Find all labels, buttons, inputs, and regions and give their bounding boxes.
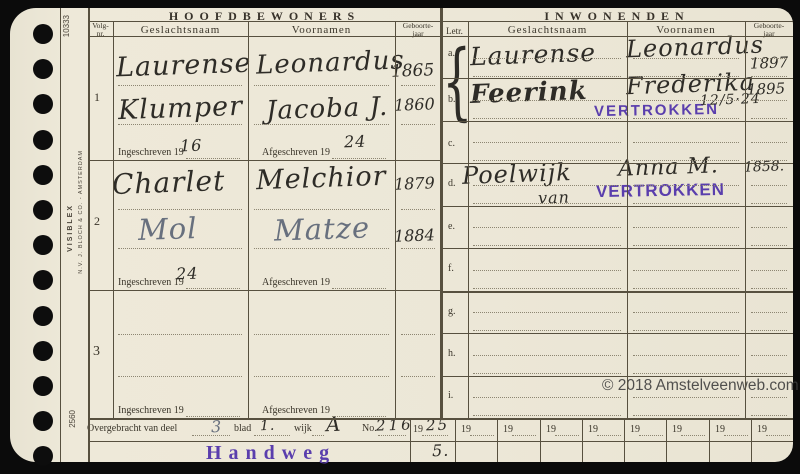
afgeschreven-label: Afgeschreven 19 (262, 277, 330, 288)
entry-surname: Mol (137, 211, 198, 247)
watermark: © 2018 Amstelveenweb.com (602, 377, 799, 395)
entry-surname: Feerink (470, 76, 589, 110)
dotted-line (254, 84, 389, 86)
row-letter-g: g. (448, 306, 456, 317)
punch-hole (33, 200, 53, 220)
dotted-line (118, 123, 242, 125)
rule-line (395, 21, 396, 418)
dotted-line (751, 226, 787, 228)
dotted-line (633, 184, 739, 186)
dotted-line (724, 434, 748, 436)
rule-line (441, 333, 793, 334)
dotted-line (633, 287, 739, 289)
dotted-line (633, 202, 739, 204)
dotted-line (473, 75, 621, 77)
row-letter-e: e. (448, 221, 455, 232)
form-number-bottom: 2560 (68, 410, 77, 428)
dotted-line (378, 434, 406, 436)
punch-hole (33, 94, 53, 114)
row-letter-d: d. (448, 178, 456, 189)
dotted-line (473, 287, 621, 289)
dotted-line (751, 354, 787, 356)
dotted-line (401, 375, 435, 377)
dotted-line (192, 434, 230, 436)
rule-line (88, 160, 441, 161)
rule-line (441, 121, 793, 122)
rule-line (582, 418, 583, 462)
ingeschreven-year-value: 24 (176, 264, 199, 284)
rule-line (441, 206, 793, 207)
house-number-value: 5. (432, 441, 450, 461)
row-number-2: 2 (94, 214, 100, 229)
dotted-line (254, 247, 389, 249)
rule-line (248, 21, 249, 418)
rule-line (88, 441, 793, 442)
rule-line (745, 21, 746, 418)
punch-hole (33, 270, 53, 290)
rule-line (88, 418, 793, 420)
rule-line (709, 418, 710, 462)
dotted-line (751, 99, 787, 101)
rule-line (540, 418, 541, 462)
punch-hole (33, 376, 53, 396)
row-letter-f: f. (448, 263, 454, 274)
register-card: 10333 VISIBLEX N.V. J. BLOCH & CO. - AMS… (10, 8, 793, 462)
punch-hole (33, 306, 53, 326)
rule-line (455, 418, 456, 462)
rule-line (751, 418, 752, 462)
punch-hole (33, 24, 53, 44)
rule-line (497, 418, 498, 462)
rule-line (113, 21, 114, 418)
dotted-line (681, 434, 705, 436)
dotted-line (751, 329, 787, 331)
blad-label: blad (234, 423, 251, 434)
dotted-line (473, 202, 621, 204)
dotted-line (751, 202, 787, 204)
dotted-line (751, 184, 787, 186)
entry-birthyear: 1884 (394, 225, 435, 245)
dotted-line (633, 75, 739, 77)
dotted-line (118, 247, 242, 249)
entry-firstnames: Leonardus (256, 45, 406, 80)
dotted-line (473, 159, 621, 161)
row-number-1: 1 (94, 90, 100, 105)
rule-line (88, 290, 441, 291)
punch-hole (33, 59, 53, 79)
dotted-line (751, 57, 787, 59)
punch-hole (33, 165, 53, 185)
entry-surname: Laurense (116, 48, 253, 84)
rule-line (624, 418, 625, 462)
col-header-surname-right: Geslachtsnaam (468, 24, 627, 36)
ingeschreven-label: Ingeschreven 19 (118, 147, 184, 158)
dotted-line (633, 244, 739, 246)
printer-brand: VISIBLEX (67, 204, 74, 252)
dotted-line (473, 311, 621, 313)
dotted-line (254, 208, 389, 210)
dotted-line (422, 434, 448, 436)
punch-hole (33, 446, 53, 466)
wijk-label: wijk (294, 423, 312, 434)
rule-line (60, 8, 61, 462)
row-letter-c: c. (448, 138, 455, 149)
dotted-line (751, 396, 787, 398)
dotted-line (633, 372, 739, 374)
rule-line (441, 248, 793, 249)
dotted-line (332, 157, 386, 159)
dotted-line (633, 311, 739, 313)
dotted-line (751, 141, 787, 143)
rule-line (88, 8, 90, 462)
dotted-line (473, 329, 621, 331)
dotted-line (473, 354, 621, 356)
dotted-line (332, 415, 386, 417)
rule-line (441, 78, 793, 79)
dotted-line (254, 123, 389, 125)
rule-line (468, 21, 469, 418)
entry-surname: Charlet (111, 164, 225, 201)
dotted-line (751, 75, 787, 77)
dotted-line (118, 333, 242, 335)
scanned-register-card-screenshot: { "margin": { "top_number": "10333", "bo… (0, 0, 800, 474)
dotted-line (254, 375, 389, 377)
col-header-surname-left: Geslachtsnaam (113, 24, 248, 36)
dotted-line (633, 414, 739, 416)
row-number-3: 3 (93, 344, 100, 360)
dotted-line (401, 208, 435, 210)
dotted-line (312, 434, 324, 436)
dotted-line (751, 311, 787, 313)
entry-birthyear: 1865 (391, 60, 435, 81)
ingeschreven-label: Ingeschreven 19 (118, 277, 184, 288)
punch-hole (33, 235, 53, 255)
dotted-line (633, 117, 739, 119)
dotted-line (186, 415, 240, 417)
dotted-line (751, 117, 787, 119)
printer-brand-sub: N.V. J. BLOCH & CO. - AMSTERDAM (78, 150, 84, 274)
dotted-line (751, 269, 787, 271)
blad-value: 1. (260, 418, 276, 435)
dotted-line (473, 226, 621, 228)
dotted-line (332, 287, 386, 289)
dotted-line (401, 123, 435, 125)
dotted-line (118, 84, 242, 86)
dotted-line (751, 287, 787, 289)
rule-line (666, 418, 667, 462)
entry-firstnames: Jacoba J. (266, 92, 389, 126)
rule-line (441, 163, 793, 164)
dotted-line (401, 84, 435, 86)
dotted-line (401, 247, 435, 249)
dotted-line (633, 99, 739, 101)
dotted-line (751, 159, 787, 161)
dotted-line (633, 354, 739, 356)
dotted-line (186, 287, 240, 289)
punch-hole (33, 411, 53, 431)
dotted-line (639, 434, 663, 436)
dotted-line (633, 226, 739, 228)
row-letter-h: h. (448, 348, 456, 359)
dotted-line (633, 329, 739, 331)
transfer-label: Overgebracht van deel (87, 423, 177, 434)
dotted-line (751, 372, 787, 374)
entry-surname: Laurense (470, 38, 597, 71)
dotted-line (751, 414, 787, 416)
dotted-line (254, 434, 290, 436)
entry-surname: Klumper (117, 91, 243, 126)
dotted-line (555, 434, 579, 436)
afgeschreven-label: Afgeschreven 19 (262, 147, 330, 158)
entry-firstnames: Melchior (255, 161, 387, 197)
dotted-line (633, 57, 739, 59)
dotted-line (633, 396, 739, 398)
dotted-line (473, 396, 621, 398)
row-letter-i: i. (448, 390, 453, 401)
rule-line (441, 291, 793, 293)
entry-firstnames: Matze (273, 210, 370, 247)
dotted-line (473, 414, 621, 416)
dotted-line (118, 208, 242, 210)
dotted-line (254, 333, 389, 335)
dotted-line (751, 244, 787, 246)
afgeschreven-label: Afgeschreven 19 (262, 405, 330, 416)
entry-birthyear: 1860 (394, 94, 435, 114)
dotted-line (512, 434, 536, 436)
dotted-line (470, 434, 494, 436)
street-name-stamp: Handweg (206, 442, 336, 465)
no-label: No. (362, 423, 377, 434)
rule-line (627, 21, 628, 418)
rule-line (440, 8, 443, 418)
rule-line (441, 376, 793, 377)
dotted-line (473, 244, 621, 246)
punch-hole (33, 341, 53, 361)
dotted-line (401, 333, 435, 335)
dotted-line (766, 434, 790, 436)
punch-hole (33, 130, 53, 150)
dotted-line (473, 372, 621, 374)
dotted-line (473, 184, 621, 186)
dotted-line (473, 117, 621, 119)
dotted-line (473, 269, 621, 271)
col-header-firstnames-left: Voornamen (248, 24, 395, 36)
dotted-line (118, 375, 242, 377)
dotted-line (633, 269, 739, 271)
rule-line (410, 418, 411, 462)
form-number-top: 10333 (62, 15, 71, 37)
entry-firstnames: Anna M. (618, 153, 720, 182)
entry-surname-prefix: van (538, 187, 571, 207)
entry-birthyear: 1879 (394, 173, 435, 193)
afgeschreven-year-value: 24 (344, 132, 367, 152)
dotted-line (473, 57, 621, 59)
dotted-line (473, 99, 621, 101)
dotted-line (597, 434, 621, 436)
dotted-line (473, 141, 621, 143)
ingeschreven-year-value: 16 (180, 136, 203, 156)
dotted-line (633, 141, 739, 143)
ingeschreven-label: Ingeschreven 19 (118, 405, 184, 416)
dotted-line (186, 157, 240, 159)
dotted-line (633, 159, 739, 161)
